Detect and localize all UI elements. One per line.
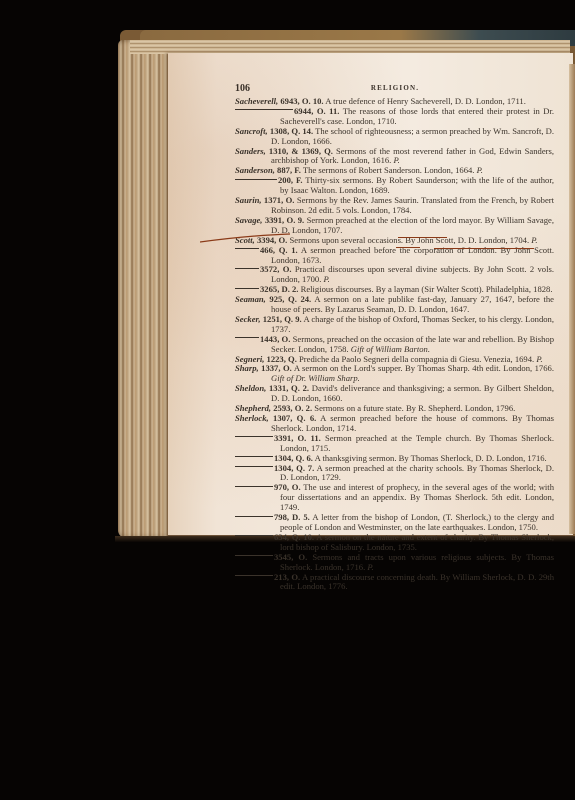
entry-author: Sherlock, [235, 413, 269, 423]
entry-description: A practical discourse concerning death. … [280, 572, 554, 592]
entry-author: Sanders, [235, 146, 266, 156]
catalogue-entry: Seaman, 925, Q. 24. A sermon on a late p… [235, 295, 554, 315]
ditto-dash [235, 535, 273, 536]
catalogue-entry: 3545, O. Sermons and tracts upon various… [235, 553, 554, 573]
entry-note: P. [324, 274, 330, 284]
catalogue-entry: Savage, 3391, O. 9. Sermon preached at t… [235, 216, 554, 236]
entry-description: Sermons and tracts upon various religiou… [280, 552, 554, 572]
entry-shelf-mark: 2593, O. 2. [273, 403, 312, 413]
entry-note: Gift of Dr. William Sharp. [271, 373, 360, 383]
catalogue-entry: Sheldon, 1331, Q. 2. David's deliverance… [235, 384, 554, 404]
entry-description: Thirty-six sermons. By Robert Saunderson… [280, 175, 554, 195]
entry-shelf-mark: 3394, O. [257, 235, 287, 245]
entry-shelf-mark: 1371, O. [264, 195, 295, 205]
entry-description: A thanksgiving sermon. By Thomas Sherloc… [315, 453, 547, 463]
entry-author: Secker, [235, 314, 261, 324]
entry-description: The school of righteousness; a sermon pr… [271, 126, 554, 146]
ink-underline-james-saurin [398, 237, 447, 238]
catalogue-entry: 798, D. 5. A letter from the bishop of L… [235, 513, 554, 533]
entry-shelf-mark: 1337, O. [261, 363, 292, 373]
entry-note: P. [531, 235, 537, 245]
entry-author: Sheldon, [235, 383, 266, 393]
entry-shelf-mark: 925, Q. 24. [269, 294, 311, 304]
entry-shelf-mark: 1310, & 1369, Q. [269, 146, 333, 156]
entry-shelf-mark: 798, D. 5. [274, 512, 310, 522]
entry-shelf-mark: 3391, O. 11. [274, 433, 321, 443]
entry-shelf-mark: 6943, O. 10. [280, 96, 323, 106]
catalogue-entry: Sanders, 1310, & 1369, Q. Sermons of the… [235, 147, 554, 167]
entry-shelf-mark: 3265, D. 2. [260, 284, 298, 294]
entry-shelf-mark: 1308, Q. 14. [270, 126, 313, 136]
entry-author: Shepherd, [235, 403, 271, 413]
ditto-dash [235, 109, 293, 110]
entry-author: Savage, [235, 215, 262, 225]
entry-shelf-mark: 466, Q. 1. [260, 245, 298, 255]
catalogue-entries: Sacheverell, 6943, O. 10. A true defence… [235, 97, 554, 592]
ink-underline-2d-edit [396, 247, 420, 248]
entry-shelf-mark: 634, Q. 10. [274, 532, 314, 542]
entry-description: Sermon preached at the Temple church. By… [280, 433, 554, 453]
entry-description: Practical discourses upon several divine… [271, 264, 554, 284]
catalogue-entry: Sherlock, 1307, Q. 6. A sermon preached … [235, 414, 554, 434]
entry-shelf-mark: 1304, Q. 6. [274, 453, 313, 463]
catalogue-entry: 634, Q. 10. A sermon on the nature and e… [235, 533, 554, 553]
entry-shelf-mark: 3572, O. [260, 264, 292, 274]
page-stack-top-edge [130, 40, 570, 54]
entry-description: A sermon preached at the charity schools… [280, 463, 554, 483]
entry-description: A sermon on the nature and extent of cha… [280, 532, 554, 552]
entry-note: P. [477, 165, 483, 175]
entry-description: The sermons of Robert Sanderson. London,… [303, 165, 475, 175]
catalogue-entry: 200, F. Thirty-six sermons. By Robert Sa… [235, 176, 554, 196]
catalogue-entry: Saurin, 1371, O. Sermons by the Rev. Jam… [235, 196, 554, 216]
entry-shelf-mark: 1251, Q. 9. [263, 314, 302, 324]
page-gutter-edge [569, 64, 575, 534]
entry-shelf-mark: 887, F. [277, 165, 301, 175]
entry-description: A letter from the bishop of London, (T. … [280, 512, 554, 532]
entry-description: David's deliverance and thanksgiving; a … [271, 383, 554, 403]
ditto-dash [235, 436, 273, 437]
entry-description: Sermon preached at the election of the l… [271, 215, 554, 235]
ink-underline-5-vols-london-1784 [434, 248, 534, 249]
entry-description: Sermons on a future state. By R. Shepher… [314, 403, 515, 413]
ditto-dash [235, 337, 259, 338]
entry-description: The use and interest of prophecy, in the… [280, 482, 554, 512]
entry-shelf-mark: 213, O. [274, 572, 300, 582]
entry-description: Prediche da Paolo Segneri della compagni… [299, 354, 534, 364]
entry-shelf-mark: 1304, Q. 7. [274, 463, 314, 473]
entry-description: A charge of the bishop of Oxford, Thomas… [271, 314, 554, 334]
entry-author: Seaman, [235, 294, 266, 304]
ditto-dash [235, 179, 277, 180]
entry-description: A sermon on a late publike fast-day, Jan… [271, 294, 554, 314]
ditto-dash [235, 486, 273, 487]
catalogue-entry: Sancroft, 1308, Q. 14. The school of rig… [235, 127, 554, 147]
catalogue-entry: 213, O. A practical discourse concerning… [235, 573, 554, 593]
page-header: 106 RELIGION. [235, 83, 555, 97]
entry-author: Scott, [235, 235, 255, 245]
entry-author: Sanderson, [235, 165, 275, 175]
entry-author: Segneri, [235, 354, 264, 364]
catalogue-entry: Secker, 1251, Q. 9. A charge of the bish… [235, 315, 554, 335]
running-head: RELIGION. [235, 84, 555, 92]
catalogue-entry: 1443, O. Sermons, preached on the occasi… [235, 335, 554, 355]
catalogue-entry: 3572, O. Practical discourses upon sever… [235, 265, 554, 285]
entry-note: P. [536, 354, 542, 364]
catalogue-entry: 1304, Q. 7. A sermon preached at the cha… [235, 464, 554, 484]
entry-description: Sermons by the Rev. James Saurin. Transl… [271, 195, 554, 215]
catalogue-entry: 970, O. The use and interest of prophecy… [235, 483, 554, 513]
entry-author: Sacheverell, [235, 96, 278, 106]
entry-note: Gift of William Barton. [351, 344, 430, 354]
ditto-dash [235, 555, 273, 556]
entry-author: Sancroft, [235, 126, 268, 136]
entry-description: A sermon on the Lord's supper. By Thomas… [294, 363, 554, 373]
catalogue-entry: 3391, O. 11. Sermon preached at the Temp… [235, 434, 554, 454]
entry-description: Religious discourses. By a layman (Sir W… [301, 284, 553, 294]
entry-shelf-mark: 1307, Q. 6. [273, 413, 316, 423]
entry-author: Saurin, [235, 195, 262, 205]
entry-note: P. [367, 562, 373, 572]
entry-shelf-mark: 3545, O. [274, 552, 307, 562]
entry-shelf-mark: 200, F. [278, 175, 303, 185]
entry-author: Sharp, [235, 363, 259, 373]
entry-shelf-mark: 970, O. [274, 482, 301, 492]
ditto-dash [235, 466, 273, 467]
ditto-dash [235, 248, 259, 249]
entry-shelf-mark: 1331, Q. 2. [269, 383, 309, 393]
ditto-dash [235, 456, 273, 457]
entry-shelf-mark: 6944, O. 11. [294, 106, 339, 116]
ditto-dash [235, 288, 259, 289]
catalogue-entry: 6944, O. 11. The reasons of those lords … [235, 107, 554, 127]
ditto-dash [235, 516, 273, 517]
ditto-dash [235, 268, 259, 269]
catalogue-entry: Sharp, 1337, O. A sermon on the Lord's s… [235, 364, 554, 384]
entry-shelf-mark: 1443, O. [260, 334, 290, 344]
ditto-dash [235, 575, 273, 576]
entry-shelf-mark: 1223, Q. [267, 354, 297, 364]
entry-shelf-mark: 3391, O. 9. [265, 215, 304, 225]
entry-note: P. [393, 155, 399, 165]
entry-description: A true defence of Henry Sacheverell, D. … [325, 96, 526, 106]
